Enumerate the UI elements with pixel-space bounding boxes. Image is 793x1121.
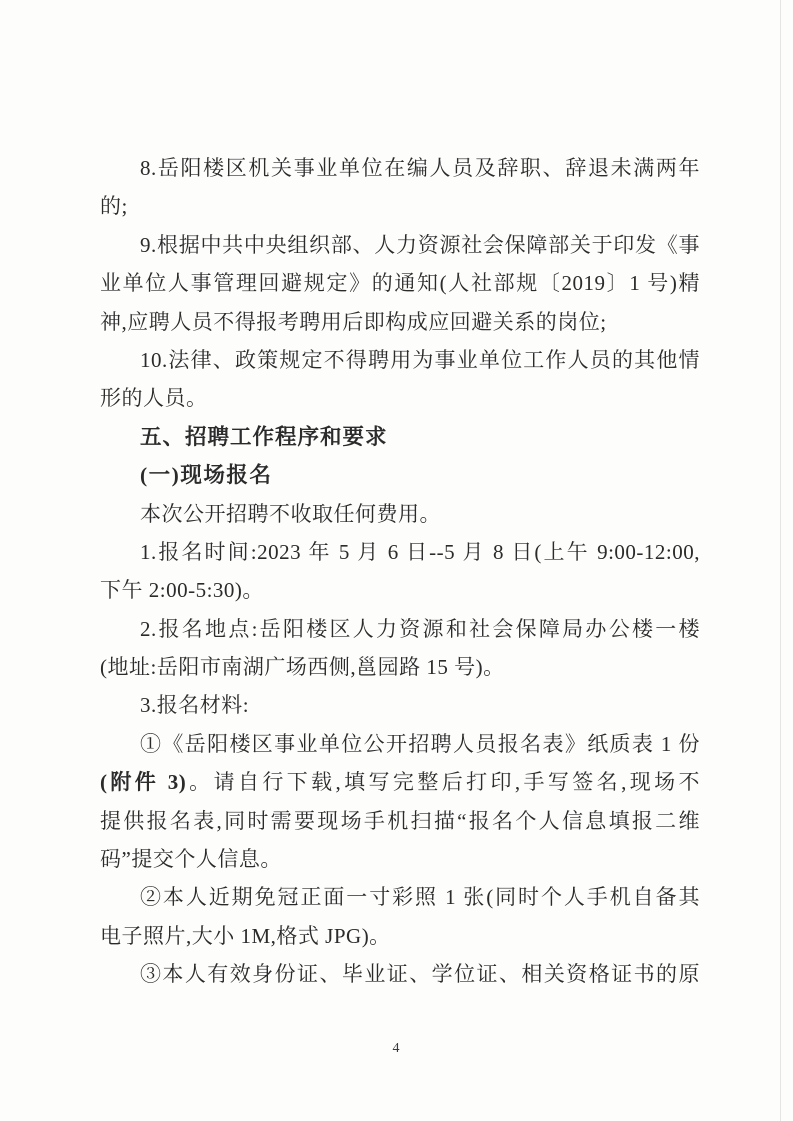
- text-line: 本次公开招聘不收取任何费用。: [100, 495, 700, 533]
- text-segment: 下午 2:00-5:30)。: [100, 578, 264, 602]
- text-line: 提供报名表,同时需要现场手机扫描“报名个人信息填报二维: [100, 802, 700, 840]
- text-line: 的;: [100, 187, 700, 225]
- bold-text-segment: 五、招聘工作程序和要求: [140, 425, 388, 449]
- text-line: 形的人员。: [100, 379, 700, 417]
- text-segment: 的;: [100, 194, 128, 218]
- text-line: 2.报名地点:岳阳楼区人力资源和社会保障局办公楼一楼: [100, 610, 700, 648]
- text-segment: 8.岳阳楼区机关事业单位在编人员及辞职、辞退未满两年: [140, 156, 700, 180]
- text-segment: 本次公开招聘不收取任何费用。: [140, 502, 441, 526]
- text-segment: 码”提交个人信息。: [100, 847, 282, 871]
- text-segment: ③本人有效身份证、毕业证、学位证、相关资格证书的原: [140, 962, 700, 986]
- text-line: (一)现场报名: [100, 456, 700, 494]
- text-segment: (地址:岳阳市南湖广场西侧,邕园路 15 号)。: [100, 655, 505, 679]
- text-segment: 3.报名材料:: [140, 693, 249, 717]
- text-segment: 9.根据中共中央组织部、人力资源社会保障部关于印发《事: [140, 233, 700, 257]
- text-line: ②本人近期免冠正面一寸彩照 1 张(同时个人手机自备其: [100, 878, 700, 916]
- text-segment: 10.法律、政策规定不得聘用为事业单位工作人员的其他情: [140, 348, 700, 372]
- text-line: (附件 3)。请自行下载,填写完整后打印,手写签名,现场不: [100, 763, 700, 801]
- text-line: 五、招聘工作程序和要求: [100, 418, 700, 456]
- document-body: 8.岳阳楼区机关事业单位在编人员及辞职、辞退未满两年的;9.根据中共中央组织部、…: [100, 149, 700, 994]
- text-line: 业单位人事管理回避规定》的通知(人社部规〔2019〕1 号)精: [100, 264, 700, 302]
- text-line: ①《岳阳楼区事业单位公开招聘人员报名表》纸质表 1 份: [100, 725, 700, 763]
- bold-text-segment: (附件 3): [100, 770, 186, 794]
- text-line: 3.报名材料:: [100, 686, 700, 724]
- bold-text-segment: (一)现场报名: [140, 463, 272, 487]
- page-number: 4: [0, 1041, 793, 1057]
- text-line: 神,应聘人员不得报考聘用后即构成应回避关系的岗位;: [100, 303, 700, 341]
- text-line: 10.法律、政策规定不得聘用为事业单位工作人员的其他情: [100, 341, 700, 379]
- text-segment: 电子照片,大小 1M,格式 JPG)。: [100, 924, 391, 948]
- text-segment: 形的人员。: [100, 386, 208, 410]
- text-line: (地址:岳阳市南湖广场西侧,邕园路 15 号)。: [100, 648, 700, 686]
- text-segment: ①《岳阳楼区事业单位公开招聘人员报名表》纸质表 1 份: [140, 732, 700, 756]
- text-segment: 1.报名时间:2023 年 5 月 6 日--5 月 8 日(上午 9:00-1…: [140, 540, 700, 564]
- scan-artifact-line: [780, 0, 781, 1121]
- text-line: ③本人有效身份证、毕业证、学位证、相关资格证书的原: [100, 955, 700, 993]
- text-segment: 神,应聘人员不得报考聘用后即构成应回避关系的岗位;: [100, 310, 607, 334]
- text-segment: 2.报名地点:岳阳楼区人力资源和社会保障局办公楼一楼: [140, 617, 700, 641]
- text-line: 下午 2:00-5:30)。: [100, 571, 700, 609]
- text-segment: 业单位人事管理回避规定》的通知(人社部规〔2019〕1 号)精: [100, 271, 700, 295]
- text-line: 码”提交个人信息。: [100, 840, 700, 878]
- text-segment: ②本人近期免冠正面一寸彩照 1 张(同时个人手机自备其: [140, 885, 700, 909]
- scanned-document-page: 8.岳阳楼区机关事业单位在编人员及辞职、辞退未满两年的;9.根据中共中央组织部、…: [0, 0, 793, 1121]
- text-segment: 。请自行下载,填写完整后打印,手写签名,现场不: [186, 770, 700, 794]
- text-line: 9.根据中共中央组织部、人力资源社会保障部关于印发《事: [100, 226, 700, 264]
- text-line: 电子照片,大小 1M,格式 JPG)。: [100, 917, 700, 955]
- text-line: 1.报名时间:2023 年 5 月 6 日--5 月 8 日(上午 9:00-1…: [100, 533, 700, 571]
- text-line: 8.岳阳楼区机关事业单位在编人员及辞职、辞退未满两年: [100, 149, 700, 187]
- text-segment: 提供报名表,同时需要现场手机扫描“报名个人信息填报二维: [100, 809, 700, 833]
